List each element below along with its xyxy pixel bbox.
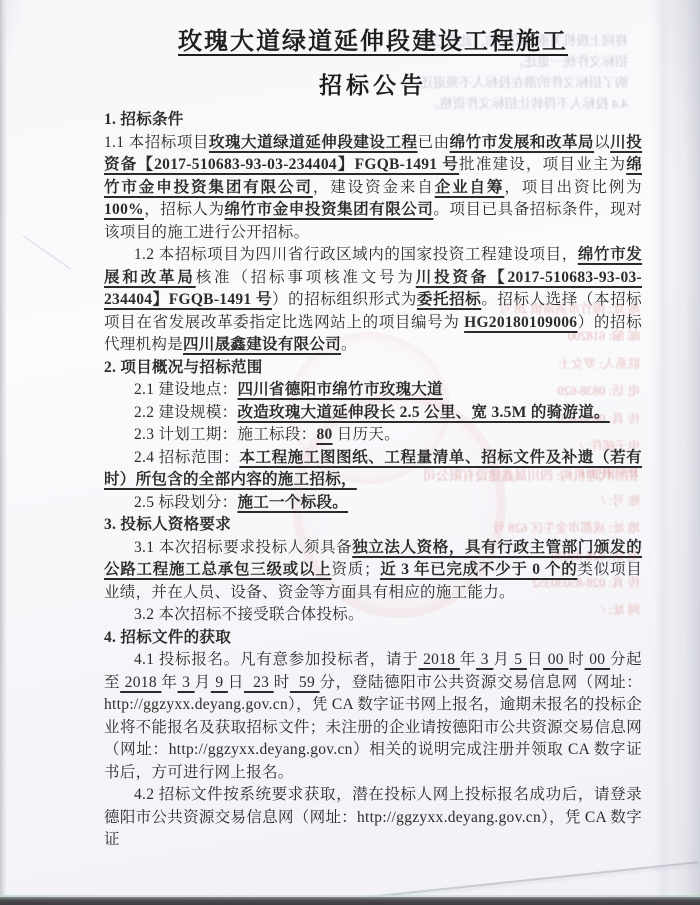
text-segment: 年: [161, 674, 177, 691]
paragraph: 1.1 本招标项目玫瑰大道绿道延伸段建设工程已由绵竹市发展和改革局以川投资备【2…: [104, 132, 642, 245]
document-content: 玫瑰大道绿道延伸段建设工程施工 招标公告 1. 招标条件1.1 本招标项目玫瑰大…: [0, 0, 700, 905]
paragraph: 3.2 本次招标不接受联合体投标。: [104, 604, 642, 627]
text-segment: ，项目出资比例为: [504, 179, 642, 196]
text-segment: 3: [178, 674, 195, 691]
text-segment: 3.1 本次招标要求投标人须具备: [134, 539, 352, 556]
text-segment: 月: [195, 674, 211, 691]
scanned-page: 将同上级机关重新招标前，此次已取招标文件统一退还。购了招标文件的潜在投标人不须退…: [0, 0, 700, 905]
text-segment: 年: [460, 651, 476, 668]
text-segment: 23: [244, 674, 274, 691]
text-segment: 2018: [120, 674, 161, 691]
text-segment: 2.4 招标范围：: [134, 449, 239, 466]
text-segment: 3.2 本次招标不接受联合体投标。: [134, 606, 364, 623]
paragraph: 1.2 本招标项目为四川省行政区域内的国家投资工程建设项目，绵竹市发展和改革局核…: [104, 244, 642, 357]
document-body: 1. 招标条件1.1 本招标项目玫瑰大道绿道延伸段建设工程已由绵竹市发展和改革局…: [104, 109, 642, 852]
section-heading: 3. 投标人资格要求: [104, 514, 642, 537]
text-segment: 日: [527, 651, 543, 668]
paragraph: 4.2 招标文件按系统要求获取，潜在投标人网上投标报名成功后，请登录德阳市公共资…: [104, 784, 642, 852]
text-segment: 绵竹市金申投资集团有限公司: [225, 201, 434, 218]
text-segment: 资质；: [332, 561, 380, 578]
text-segment: 2. 项目概况与招标范围: [104, 359, 263, 376]
text-segment: 时: [568, 651, 584, 668]
text-segment: 已由: [418, 134, 450, 151]
paragraph: 2.4 招标范围：本工程施工图图纸、工程量清单、招标文件及补遗（若有时）所包含的…: [104, 447, 642, 492]
document-title: 玫瑰大道绿道延伸段建设工程施工: [104, 26, 642, 58]
text-segment: ）的招标组织形式为: [272, 291, 417, 308]
section-heading: 1. 招标条件: [104, 109, 642, 132]
text-segment: 00: [585, 651, 610, 668]
text-segment: 3. 投标人资格要求: [104, 516, 231, 533]
paragraph: 2.1 建设地点：四川省德阳市绵竹市玫瑰大道: [104, 379, 642, 402]
text-segment: 日历天。: [333, 426, 400, 443]
text-segment: 5: [510, 651, 527, 668]
text-segment: 以: [594, 134, 610, 151]
text-segment: 100%: [104, 201, 144, 218]
text-segment: 近 3 年已完成不少于 0 个的: [380, 561, 578, 578]
text-segment: 四川省德阳市绵竹市玫瑰大道: [237, 381, 442, 398]
text-segment: 核准（招标事项核准文号为: [196, 269, 416, 286]
text-segment: 月: [493, 651, 509, 668]
paragraph: 2.3 计划工期：施工标段：80 日历天。: [104, 424, 642, 447]
text-segment: 批准建设，项目业主为: [459, 156, 626, 173]
text-segment: 1. 招标条件: [104, 111, 184, 128]
text-segment: 委托招标: [417, 291, 481, 308]
text-segment: 4. 招标文件的获取: [104, 629, 231, 646]
text-segment: 59: [290, 674, 320, 691]
text-segment: 2.5 标段划分：: [134, 494, 237, 511]
text-segment: 玫瑰大道绿道延伸段建设工程: [209, 134, 418, 151]
text-segment: 00: [543, 651, 568, 668]
text-segment: ，建设资金来自: [313, 179, 435, 196]
text-segment: 。: [341, 336, 357, 353]
text-segment: 2.3 计划工期：施工标段：: [134, 426, 316, 443]
text-segment: HG20180109006: [464, 314, 577, 331]
text-segment: 9: [211, 674, 228, 691]
text-segment: 80: [316, 426, 332, 443]
section-heading: 4. 招标文件的获取: [104, 627, 642, 650]
document-subtitle: 招标公告: [104, 70, 642, 102]
text-segment: 3: [476, 651, 493, 668]
text-segment: 1.2 本招标项目为四川省行政区域内的国家投资工程建设项目，: [134, 246, 578, 263]
paragraph: 3.1 本次招标要求投标人须具备独立法人资格，具有行政主管部门颁发的公路工程施工…: [104, 537, 642, 605]
text-segment: 4.2 招标文件按系统要求获取，潜在投标人网上投标报名成功后，请登录德阳市公共资…: [104, 786, 642, 848]
text-segment: 2.1 建设地点：: [134, 381, 237, 398]
text-segment: 四川晟鑫建设有限公司: [183, 336, 341, 353]
text-segment: 施工一个标段。: [237, 494, 348, 511]
text-segment: 绵竹市发展和改革局: [450, 134, 594, 151]
text-segment: 时: [274, 674, 290, 691]
paragraph: 2.5 标段划分：施工一个标段。: [104, 492, 642, 515]
text-segment: 日: [228, 674, 244, 691]
text-segment: 4.1 投标报名。凡有意参加投标者，请于: [134, 651, 418, 668]
text-segment: 1.1 本招标项目: [104, 134, 209, 151]
paragraph: 2.2 建设规模：改造玫瑰大道延伸段长 2.5 公里、宽 3.5M 的骑游道。: [104, 402, 642, 425]
text-segment: 企业自筹: [435, 179, 505, 196]
paragraph: 4.1 投标报名。凡有意参加投标者，请于 2018 年 3 月 5 日 00 时…: [104, 649, 642, 784]
text-segment: ，招标人为: [144, 201, 225, 218]
text-segment: 2.2 建设规模：: [134, 404, 237, 421]
section-heading: 2. 项目概况与招标范围: [104, 357, 642, 380]
text-segment: 改造玫瑰大道延伸段长 2.5 公里、宽 3.5M 的骑游道。: [237, 404, 609, 421]
text-segment: 2018: [418, 651, 459, 668]
